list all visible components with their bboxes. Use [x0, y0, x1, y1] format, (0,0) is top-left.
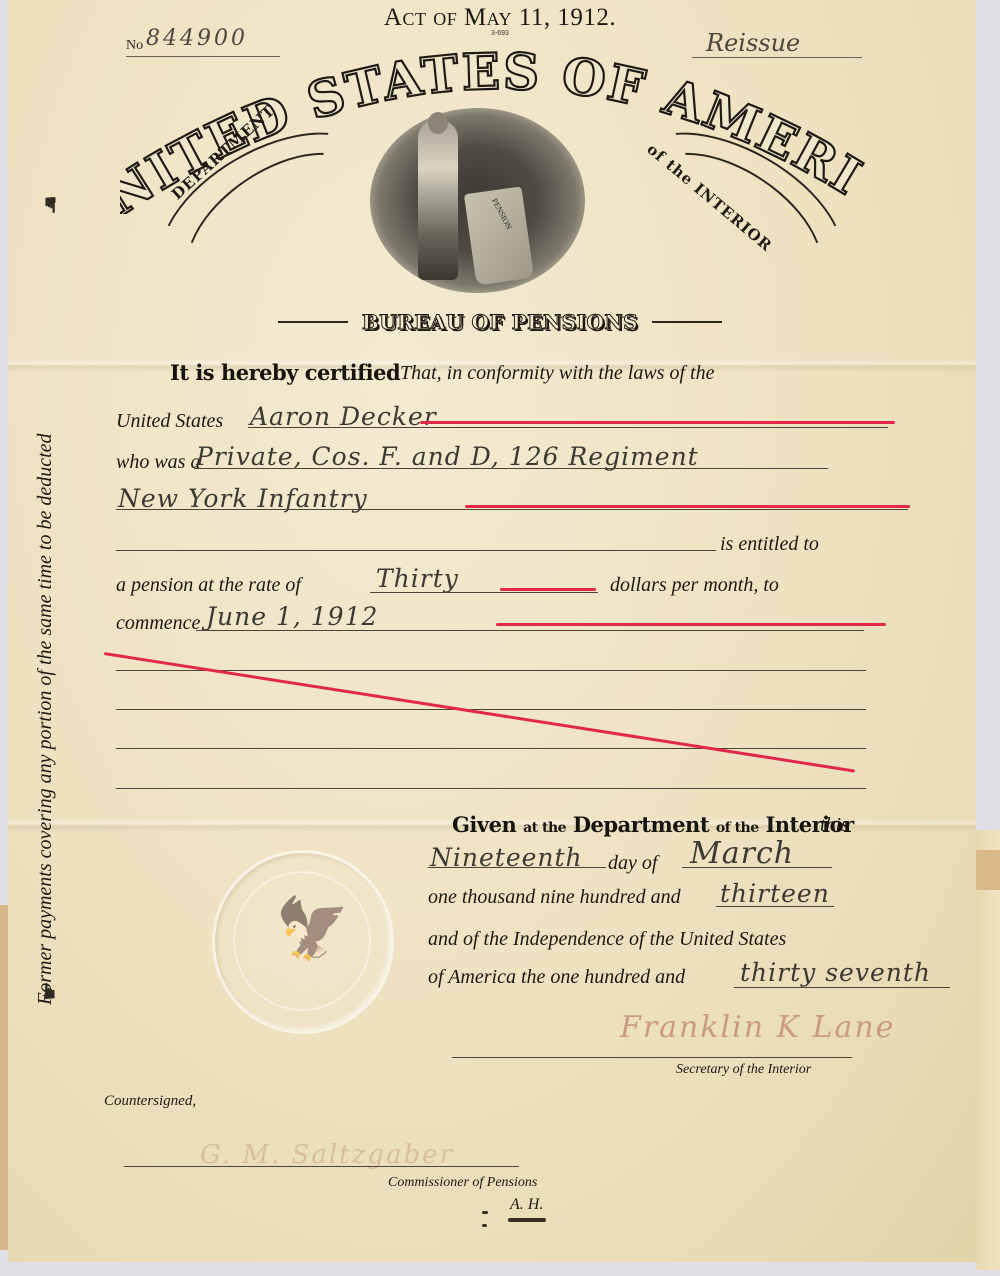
independence-label-2: of America the one hundred and — [428, 966, 685, 989]
given-this: this — [820, 814, 849, 837]
commence-date: June 1, 1912 — [206, 602, 378, 631]
given-month: March — [690, 836, 794, 871]
entitled-label: is entitled to — [720, 533, 819, 556]
commissioner-signature-line — [124, 1166, 519, 1167]
embossed-seal: 🦅 — [212, 850, 394, 1034]
red-cancel-rule — [500, 588, 596, 591]
commissioner-title: Commissioner of Pensions — [388, 1175, 537, 1191]
bureau-label: BUREAU OF PENSIONS — [358, 310, 642, 334]
day-underline — [428, 867, 606, 868]
red-cancel-rule — [465, 505, 910, 508]
red-cancel-rule — [420, 421, 895, 424]
staple-mark — [508, 1218, 546, 1222]
ornament-rule-right — [652, 321, 722, 323]
eagle-icon: 🦅 — [275, 893, 350, 964]
year-label: one thousand nine hundred and — [428, 886, 681, 909]
commence-label: commence — [116, 612, 200, 635]
pointing-hand-icon: ☛ — [37, 195, 63, 215]
columbia-head — [428, 112, 448, 134]
given-year: thirteen — [720, 879, 830, 908]
underlying-sheet-right — [976, 830, 1000, 1270]
year-underline — [716, 906, 834, 907]
secretary-signature-line — [452, 1057, 852, 1058]
rate-amount: Thirty — [376, 564, 459, 593]
who-was-label: who was a — [116, 451, 200, 474]
secretary-title: Secretary of the Interior — [676, 1062, 811, 1078]
name-underline — [248, 427, 888, 428]
service-description: Private, Cos. F. and D, 126 Regiment — [196, 442, 699, 471]
service-cont-underline — [116, 509, 908, 510]
pointing-hand-icon: ☛ — [37, 981, 63, 1001]
ornament-rule-left — [278, 321, 348, 323]
underlying-sheet-left — [0, 905, 8, 1250]
countersigned-label: Countersigned, — [104, 1093, 196, 1110]
united-states-label: United States — [116, 410, 223, 433]
columbia-figure — [418, 120, 458, 280]
staple-hole — [482, 1211, 488, 1214]
independence-label: and of the Independence of the United St… — [428, 928, 786, 951]
certified-lead: It is hereby certified — [170, 360, 400, 385]
commence-underline — [196, 630, 864, 631]
month-underline — [682, 867, 832, 868]
given-lead: Given at the Department of the Interior — [452, 812, 854, 837]
margin-notice: Former payments covering any portion of … — [34, 433, 57, 1005]
day-of-label: day of — [608, 852, 657, 875]
secretary-signature: Franklin K Lane — [620, 1010, 895, 1045]
service-underline — [194, 468, 828, 469]
blank-line — [116, 788, 866, 789]
blank-line — [116, 748, 866, 749]
underlying-sheet-tab — [976, 850, 1000, 890]
rate-suffix: dollars per month, to — [610, 574, 779, 597]
red-cancel-rule — [496, 623, 886, 626]
blank-line — [116, 709, 866, 710]
independence-year: thirty seventh — [740, 958, 931, 987]
bureau-heading: BUREAU OF PENSIONS — [0, 310, 1000, 334]
staple-hole — [482, 1224, 487, 1227]
rate-underline — [370, 592, 598, 593]
rate-label: a pension at the rate of — [116, 574, 301, 597]
independence-underline — [734, 987, 950, 988]
clerk-initials: A. H. — [510, 1196, 543, 1214]
certified-lead-cont: That, in conformity with the laws of the — [400, 362, 714, 385]
blank-line — [116, 550, 716, 551]
